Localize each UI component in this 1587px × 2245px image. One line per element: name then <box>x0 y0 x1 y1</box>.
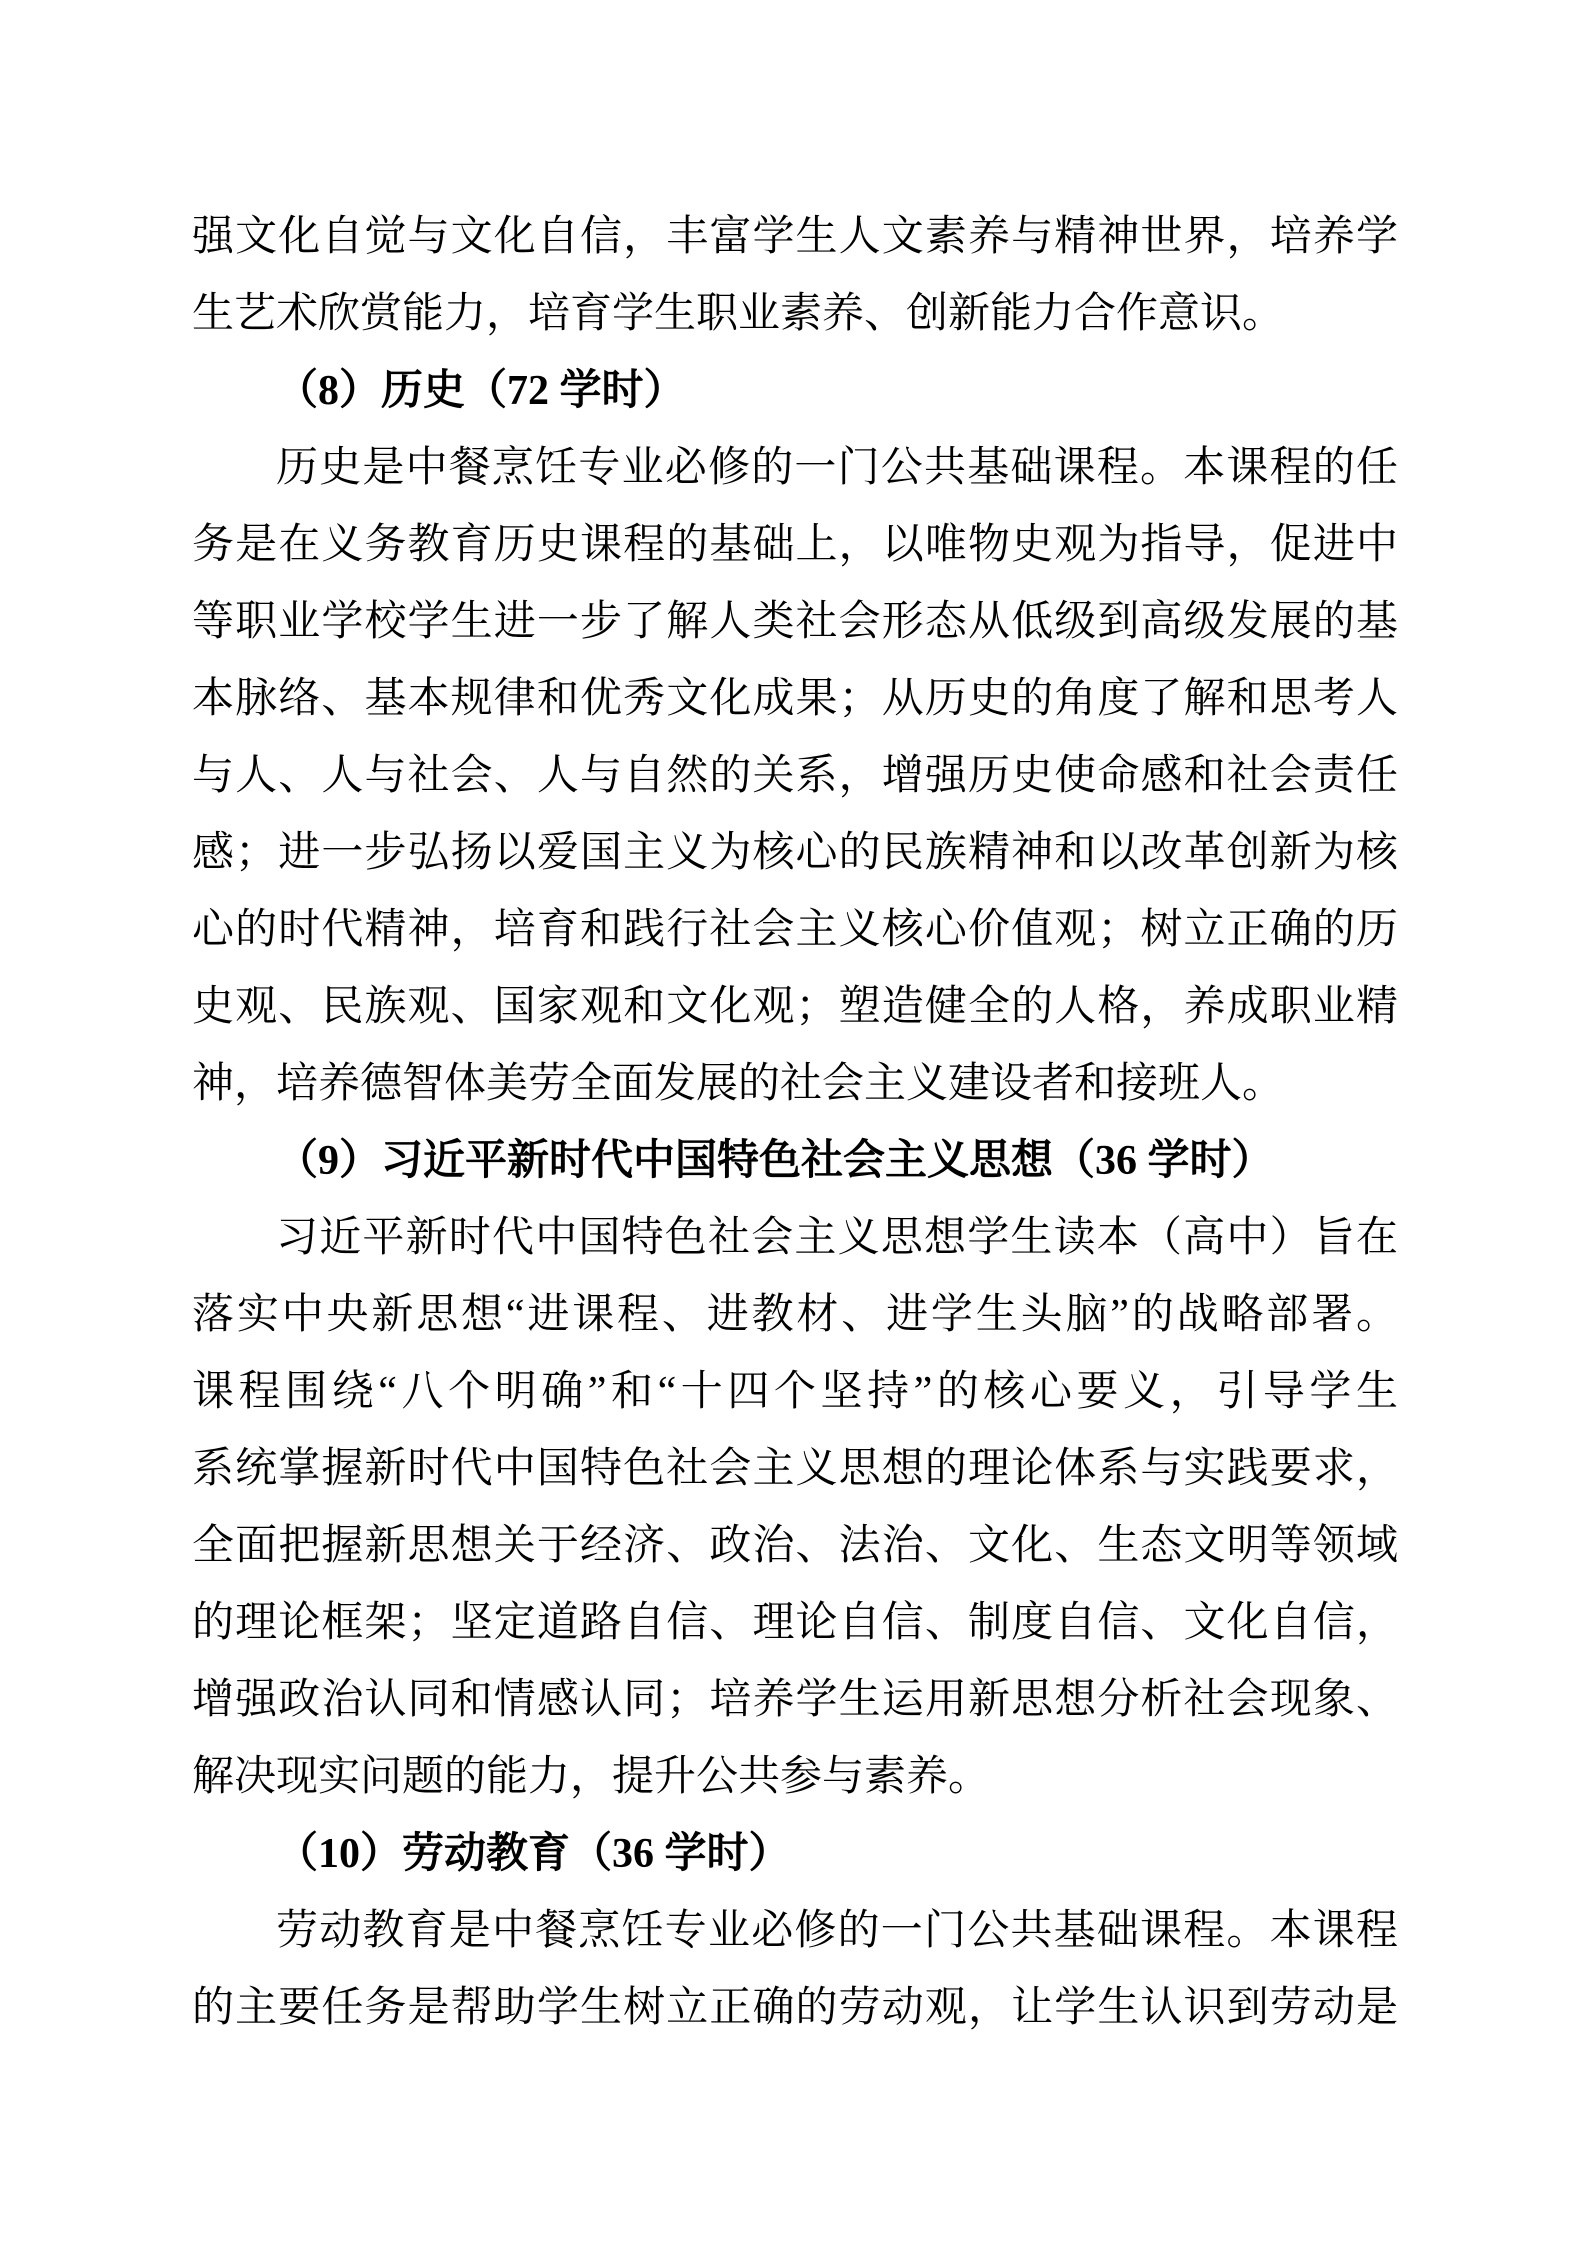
section-heading: （10）劳动教育（36 学时） <box>192 1816 1398 1893</box>
body-line: 解决现实问题的能力，提升公共参与素养。 <box>192 1739 1398 1816</box>
body-line: 心的时代精神，培育和践行社会主义核心价值观；树立正确的历 <box>192 892 1398 969</box>
body-line: 的主要任务是帮助学生树立正确的劳动观，让学生认识到劳动是 <box>192 1970 1398 2047</box>
body-line: 与人、人与社会、人与自然的关系，增强历史使命感和社会责任 <box>192 738 1398 815</box>
document-page: 强文化自觉与文化自信，丰富学生人文素养与精神世界，培养学生艺术欣赏能力，培育学生… <box>0 0 1587 2245</box>
body-line: 生艺术欣赏能力，培育学生职业素养、创新能力合作意识。 <box>192 276 1398 353</box>
body-line: 增强政治认同和情感认同；培养学生运用新思想分析社会现象、 <box>192 1662 1398 1739</box>
section-heading: （9）习近平新时代中国特色社会主义思想（36 学时） <box>192 1123 1398 1200</box>
body-line: 的理论框架；坚定道路自信、理论自信、制度自信、文化自信， <box>192 1585 1398 1662</box>
body-line: 课程围绕“八个明确”和“十四个坚持”的核心要义，引导学生 <box>192 1354 1398 1431</box>
body-line: 史观、民族观、国家观和文化观；塑造健全的人格，养成职业精 <box>192 969 1398 1046</box>
body-line: 感；进一步弘扬以爱国主义为核心的民族精神和以改革创新为核 <box>192 815 1398 892</box>
body-line: 系统掌握新时代中国特色社会主义思想的理论体系与实践要求， <box>192 1431 1398 1508</box>
body-line: 劳动教育是中餐烹饪专业必修的一门公共基础课程。本课程 <box>192 1893 1398 1970</box>
body-line: 强文化自觉与文化自信，丰富学生人文素养与精神世界，培养学 <box>192 199 1398 276</box>
section-heading: （8）历史（72 学时） <box>192 353 1398 430</box>
body-line: 全面把握新思想关于经济、政治、法治、文化、生态文明等领域 <box>192 1508 1398 1585</box>
body-line: 习近平新时代中国特色社会主义思想学生读本（高中）旨在 <box>192 1200 1398 1277</box>
body-line: 务是在义务教育历史课程的基础上，以唯物史观为指导，促进中 <box>192 507 1398 584</box>
body-line: 落实中央新思想“进课程、进教材、进学生头脑”的战略部署。 <box>192 1277 1398 1354</box>
body-line: 神，培养德智体美劳全面发展的社会主义建设者和接班人。 <box>192 1046 1398 1123</box>
body-line: 等职业学校学生进一步了解人类社会形态从低级到高级发展的基 <box>192 584 1398 661</box>
text-block: 强文化自觉与文化自信，丰富学生人文素养与精神世界，培养学生艺术欣赏能力，培育学生… <box>192 199 1398 2047</box>
body-line: 历史是中餐烹饪专业必修的一门公共基础课程。本课程的任 <box>192 430 1398 507</box>
body-line: 本脉络、基本规律和优秀文化成果；从历史的角度了解和思考人 <box>192 661 1398 738</box>
